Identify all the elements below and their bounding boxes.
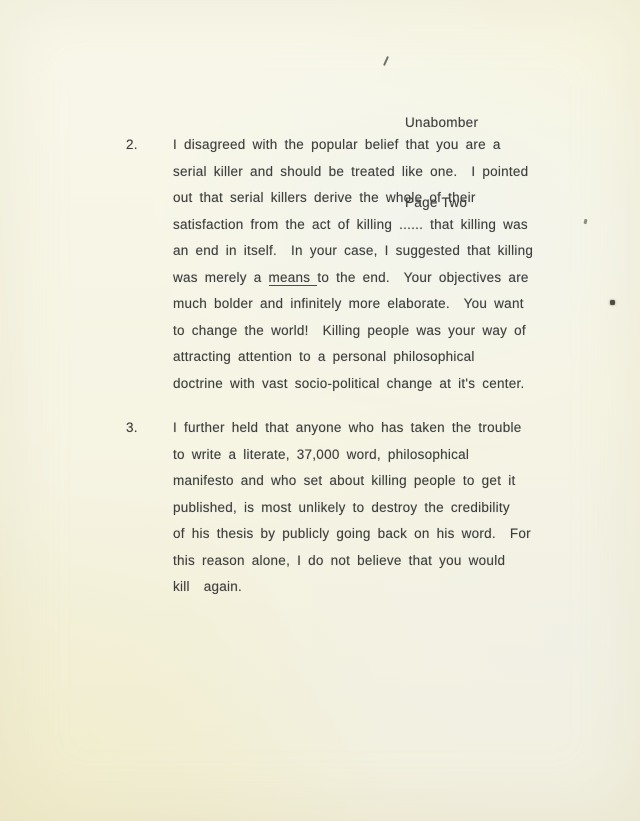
text-line: satisfaction from the act of killing ...…	[173, 212, 573, 239]
text-line: of his thesis by publicly going back on …	[173, 521, 573, 548]
text-line: kill again.	[173, 574, 573, 601]
underlined-word: means	[269, 270, 318, 287]
text-run: manifesto and who set about killing peop…	[173, 473, 515, 488]
numbered-paragraph: 3.I further held that anyone who has tak…	[126, 415, 573, 601]
text-run: to change the world! Killing people was …	[173, 323, 526, 338]
text-run: of his thesis by publicly going back on …	[173, 526, 531, 541]
text-line: I further held that anyone who has taken…	[173, 415, 573, 442]
text-line: to write a literate, 37,000 word, philos…	[173, 442, 573, 469]
text-line: this reason alone, I do not believe that…	[173, 548, 573, 575]
text-run: satisfaction from the act of killing ...…	[173, 217, 528, 232]
text-line: an end in itself. In your case, I sugges…	[173, 238, 573, 265]
paragraph-number: 3.	[126, 415, 138, 442]
text-run: an end in itself. In your case, I sugges…	[173, 243, 533, 258]
text-line: was merely a means to the end. Your obje…	[173, 265, 573, 292]
text-run: I disagreed with the popular belief that…	[173, 137, 501, 152]
text-run: published, is most unlikely to destroy t…	[173, 500, 510, 515]
text-run: attracting attention to a personal philo…	[173, 349, 475, 364]
text-run: much bolder and infinitely more elaborat…	[173, 296, 524, 311]
paragraph-number: 2.	[126, 132, 138, 159]
text-line: published, is most unlikely to destroy t…	[173, 495, 573, 522]
paragraph-lines: I disagreed with the popular belief that…	[173, 132, 573, 397]
text-line: manifesto and who set about killing peop…	[173, 468, 573, 495]
text-run: this reason alone, I do not believe that…	[173, 553, 505, 568]
scanned-letter-page: Unabomber Page Two 2.I disagreed with th…	[0, 0, 640, 821]
text-line: out that serial killers derive the whole…	[173, 185, 573, 212]
text-run: out that serial killers derive the whole…	[173, 190, 476, 205]
text-run: serial killer and should be treated like…	[173, 164, 528, 179]
text-line: serial killer and should be treated like…	[173, 159, 573, 186]
text-run: doctrine with vast socio-political chang…	[173, 376, 525, 391]
text-run: kill again.	[173, 579, 242, 594]
paragraph-lines: I further held that anyone who has taken…	[173, 415, 573, 601]
text-run: to write a literate, 37,000 word, philos…	[173, 447, 469, 462]
numbered-paragraph: 2.I disagreed with the popular belief th…	[126, 132, 573, 397]
text-run: to the end. Your objectives are	[317, 270, 528, 285]
text-line: much bolder and infinitely more elaborat…	[173, 291, 573, 318]
text-line: to change the world! Killing people was …	[173, 318, 573, 345]
text-run: was merely a	[173, 270, 269, 285]
text-line: doctrine with vast socio-political chang…	[173, 371, 573, 398]
text-run: I further held that anyone who has taken…	[173, 420, 521, 435]
text-line: I disagreed with the popular belief that…	[173, 132, 573, 159]
paragraphs: 2.I disagreed with the popular belief th…	[0, 0, 640, 821]
text-line: attracting attention to a personal philo…	[173, 344, 573, 371]
